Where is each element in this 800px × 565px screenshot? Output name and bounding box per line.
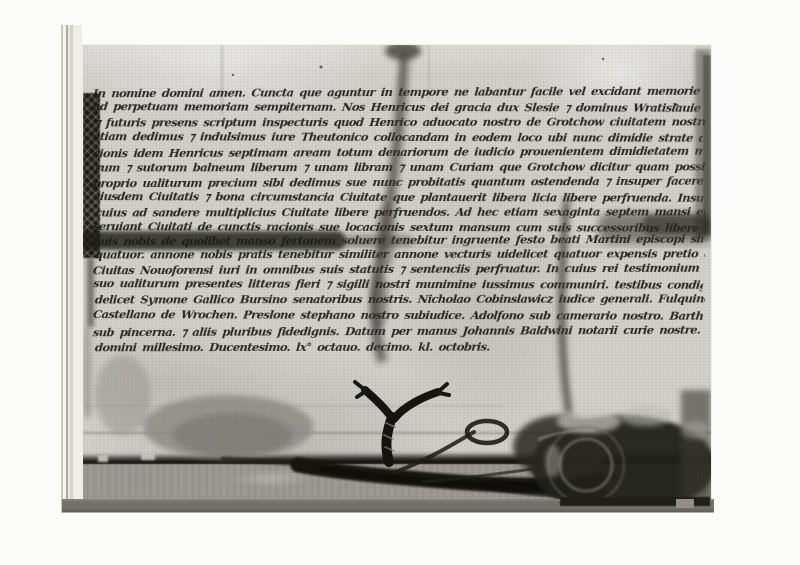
- book-gutter-edge: [58, 25, 82, 513]
- right-edge-stain: [598, 49, 711, 243]
- obscured-line-band: [83, 231, 413, 250]
- edge-highlight-gaps: [98, 453, 155, 462]
- book-page: { "palette": { "page_background": "#fbfb…: [0, 0, 800, 565]
- backing-strip-notch: [676, 499, 694, 508]
- bottom-left-stain: [95, 355, 313, 459]
- center-stain: [370, 45, 421, 363]
- stains-and-seal-layer: [83, 45, 711, 510]
- seal-cords: [355, 382, 449, 462]
- small-specks: [232, 58, 679, 107]
- charter-photograph: In nomine domini amen. Cuncta que aguntu…: [83, 45, 711, 510]
